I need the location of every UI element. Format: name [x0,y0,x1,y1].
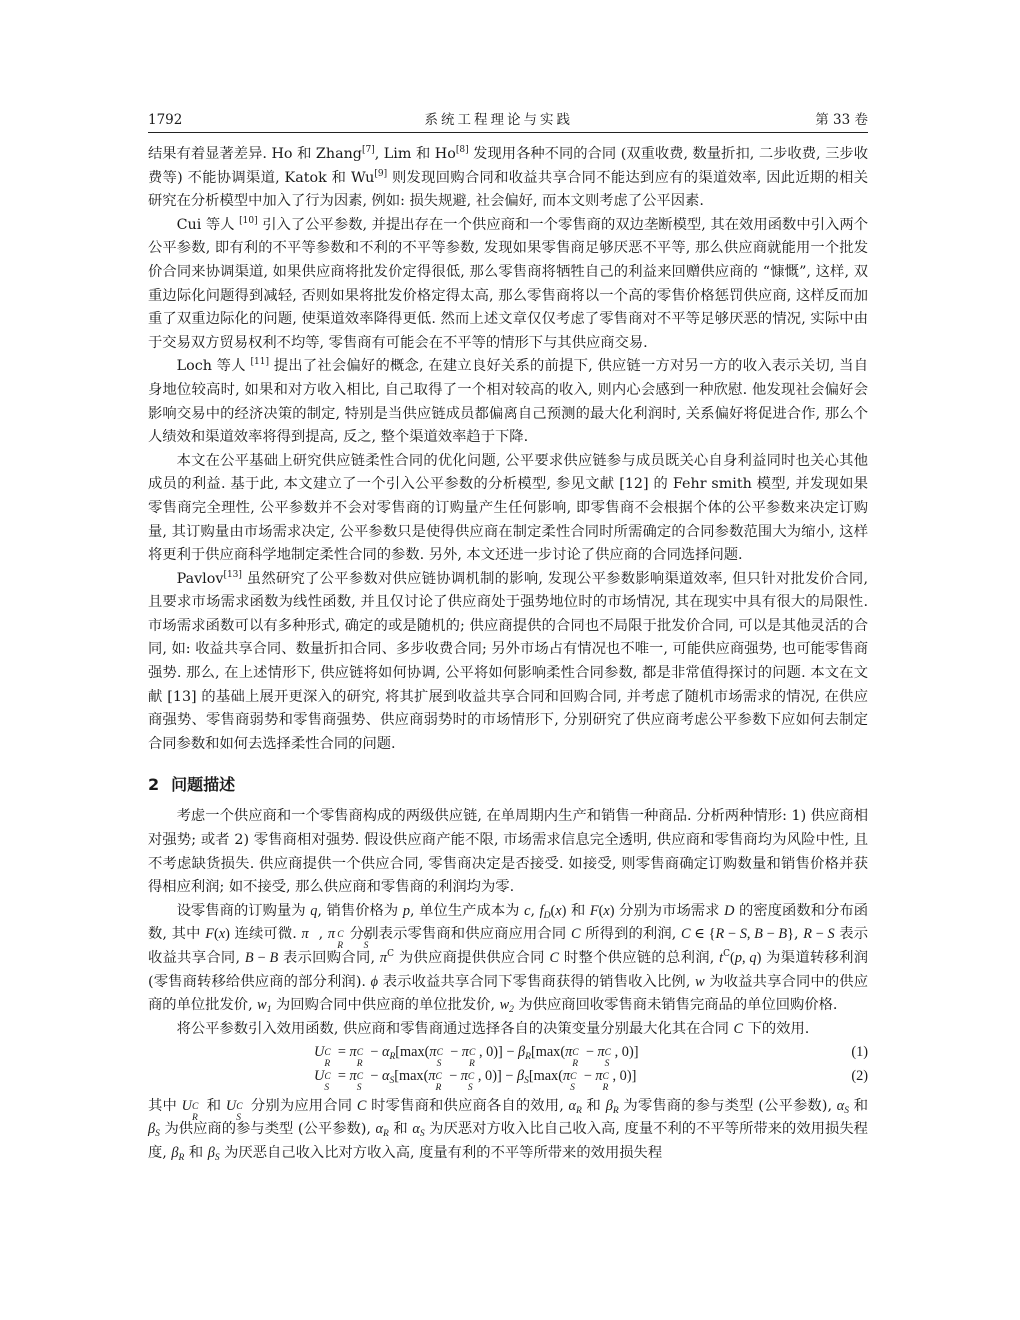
math-symbol: π [461,1068,468,1084]
journal-title: 系统工程理论与实践 [425,108,574,128]
superscript: [8] [456,145,469,155]
math-symbol: S [827,926,834,942]
sup-sub-script: CR [309,937,319,938]
sup-sub-script: CS [324,1079,334,1080]
math-symbol: π [350,1068,357,1084]
math-symbol: S [740,926,747,942]
math-symbol: β [517,1068,524,1084]
section-number: 2 [148,775,159,794]
sup-sub-script: CS [236,1109,246,1110]
paragraph: Pavlov[13] 虽然研究了公平参数对供应链协调机制的影响, 发现公平参数影… [148,568,868,757]
math-operator: , 0)] − [478,1068,517,1084]
paragraph: Loch 等人 [11] 提出了社会偏好的概念, 在建立良好关系的前提下, 供应… [148,355,868,449]
math-symbol: β [171,1145,178,1161]
math-symbol: π [565,1044,572,1060]
body-text: 结果有着显著差异. Ho 和 Zhang[7], Lim 和 Ho[8] 发现用… [148,143,868,1165]
superscript: [10] [239,216,257,226]
superscript: [9] [374,169,387,179]
paragraph: 结果有着显著差异. Ho 和 Zhang[7], Lim 和 Ho[8] 发现用… [148,143,868,214]
sup-sub-script: CR [324,1055,334,1056]
math-operator: [max( [394,1068,428,1084]
math-symbol: q [310,903,317,919]
page-number: 1792 [148,112,182,128]
math-symbol: w [257,997,267,1013]
math-symbol: F [205,926,214,942]
math-operator: = [334,1068,349,1084]
math-operator: ) [610,903,615,919]
math-symbol: p [403,903,410,919]
superscript: C [723,949,730,959]
superscript: C [387,949,394,959]
math-symbol: B [778,926,787,942]
equation-expression: UCR = πCR − αR[max(πCS − πCR, 0)] − βR[m… [148,1041,638,1065]
math-symbol: R [715,926,724,942]
math-symbol: B [245,950,254,966]
math-symbol: π [428,1068,435,1084]
math-operator: [max( [529,1068,563,1084]
math-operator: } [787,926,794,942]
math-operator: = [334,1044,349,1060]
subscript: 2 [509,1005,514,1015]
math-symbol: π [302,926,309,942]
math-symbol: w [695,974,705,990]
equation-2: UCS = πCS − αS[max(πCR − πCS, 0)] − βS[m… [148,1065,868,1089]
math-operator: − [582,1044,597,1060]
equation-number: (2) [851,1065,868,1089]
sup-sub-script: CS [468,1079,478,1080]
running-head: 1792 系统工程理论与实践 第 33 卷 [148,104,868,133]
subscript: R [179,1153,185,1163]
math-symbol: π [350,1044,357,1060]
math-operator: ) [562,903,567,919]
math-operator: − [724,926,740,942]
math-operator: , 0)] − [479,1044,518,1060]
math-operator: [max( [395,1044,429,1060]
math-symbol: U [182,1098,192,1114]
math-operator: [max( [531,1044,565,1060]
sup-sub-script: CR [357,1055,367,1056]
section-title: 问题描述 [171,775,235,794]
subscript: R [383,1129,389,1139]
math-operator: ∈ { [691,926,716,942]
math-symbol: π [563,1068,570,1084]
math-symbol: C [734,1021,744,1037]
math-symbol: π [462,1044,469,1060]
math-symbol: p [735,950,742,966]
sup-sub-script: CR [572,1055,582,1056]
subscript: S [215,1153,220,1163]
math-symbol: C [550,950,560,966]
math-symbol: C [681,926,691,942]
volume-label: 第 33 卷 [815,108,868,128]
math-operator: − [763,926,779,942]
math-symbol: C [571,926,581,942]
paragraph: Cui 等人 [10] 引入了公平参数, 并提出存在一个供应商和一个零售商的双边… [148,214,868,356]
equation-number: (1) [851,1041,868,1065]
math-operator: − [447,1044,462,1060]
superscript: [11] [251,357,269,367]
superscript: [7] [362,145,375,155]
sup-sub-script: CS [570,1079,580,1080]
math-symbol: π [429,1044,436,1060]
paragraph: 考虑一个供应商和一个零售商构成的两级供应链, 在单周期内生产和销售一种商品. 分… [148,805,868,899]
math-symbol: q [749,950,756,966]
math-symbol: U [314,1044,324,1060]
math-symbol: U [314,1068,324,1084]
math-operator: − [446,1068,461,1084]
math-symbol: B [754,926,763,942]
math-symbol: α [412,1121,420,1137]
math-operator: , 0)] [613,1068,637,1084]
math-operator: − [367,1044,382,1060]
paragraph: 设零售商的订购量为 q, 销售价格为 p, 单位生产成本为 c, fD(x) 和… [148,900,868,1018]
equation-expression: UCS = πCS − αS[max(πCR − πCS, 0)] − βS[m… [148,1065,636,1089]
math-symbol: π [597,1044,604,1060]
math-operator: − [254,950,270,966]
superscript: [13] [223,570,241,580]
subscript: S [420,1129,425,1139]
subscript: S [155,1129,160,1139]
math-symbol: B [269,950,278,966]
math-symbol: U [226,1098,236,1114]
sup-sub-script: CS [335,937,345,938]
math-symbol: ϕ [371,974,378,990]
math-operator: ) [757,950,762,966]
math-symbol: R [803,926,812,942]
paper-page: 1792 系统工程理论与实践 第 33 卷 结果有着显著差异. Ho 和 Zha… [148,104,868,1165]
subscript: R [576,1106,582,1116]
paragraph: 将公平参数引入效用函数, 供应商和零售商通过选择各自的决策变量分别最大化其在合同… [148,1018,868,1042]
sup-sub-script: CS [357,1079,367,1080]
math-symbol: π [595,1068,602,1084]
sup-sub-script: CR [469,1055,479,1056]
sup-sub-script: CR [603,1079,613,1080]
math-symbol: D [724,903,734,919]
subscript: R [613,1106,619,1116]
paragraph: 本文在公平基础上研究供应链柔性合同的优化问题, 公平要求供应链参与成员既关心自身… [148,450,868,568]
paragraph: 其中 UCR 和 UCS 分别为应用合同 C 时零售商和供应商各自的效用, αR… [148,1095,868,1166]
sup-sub-script: CS [437,1055,447,1056]
subscript: S [844,1106,849,1116]
math-symbol: α [376,1121,384,1137]
sup-sub-script: CR [192,1109,202,1110]
math-operator: − [367,1068,382,1084]
math-symbol: c [524,903,530,919]
math-symbol: F [590,903,599,919]
sup-sub-script: CS [605,1055,615,1056]
math-symbol: β [208,1145,215,1161]
subscript: 1 [267,1005,272,1015]
math-operator: ) [225,926,230,942]
section-heading: 2问题描述 [148,773,868,797]
sup-sub-script: CR [436,1079,446,1080]
math-symbol: w [500,997,510,1013]
math-operator: , 0)] [615,1044,639,1060]
math-operator: − [580,1068,595,1084]
equation-1: UCR = πCR − αR[max(πCS − πCR, 0)] − βR[m… [148,1041,868,1065]
math-operator: − [812,926,828,942]
